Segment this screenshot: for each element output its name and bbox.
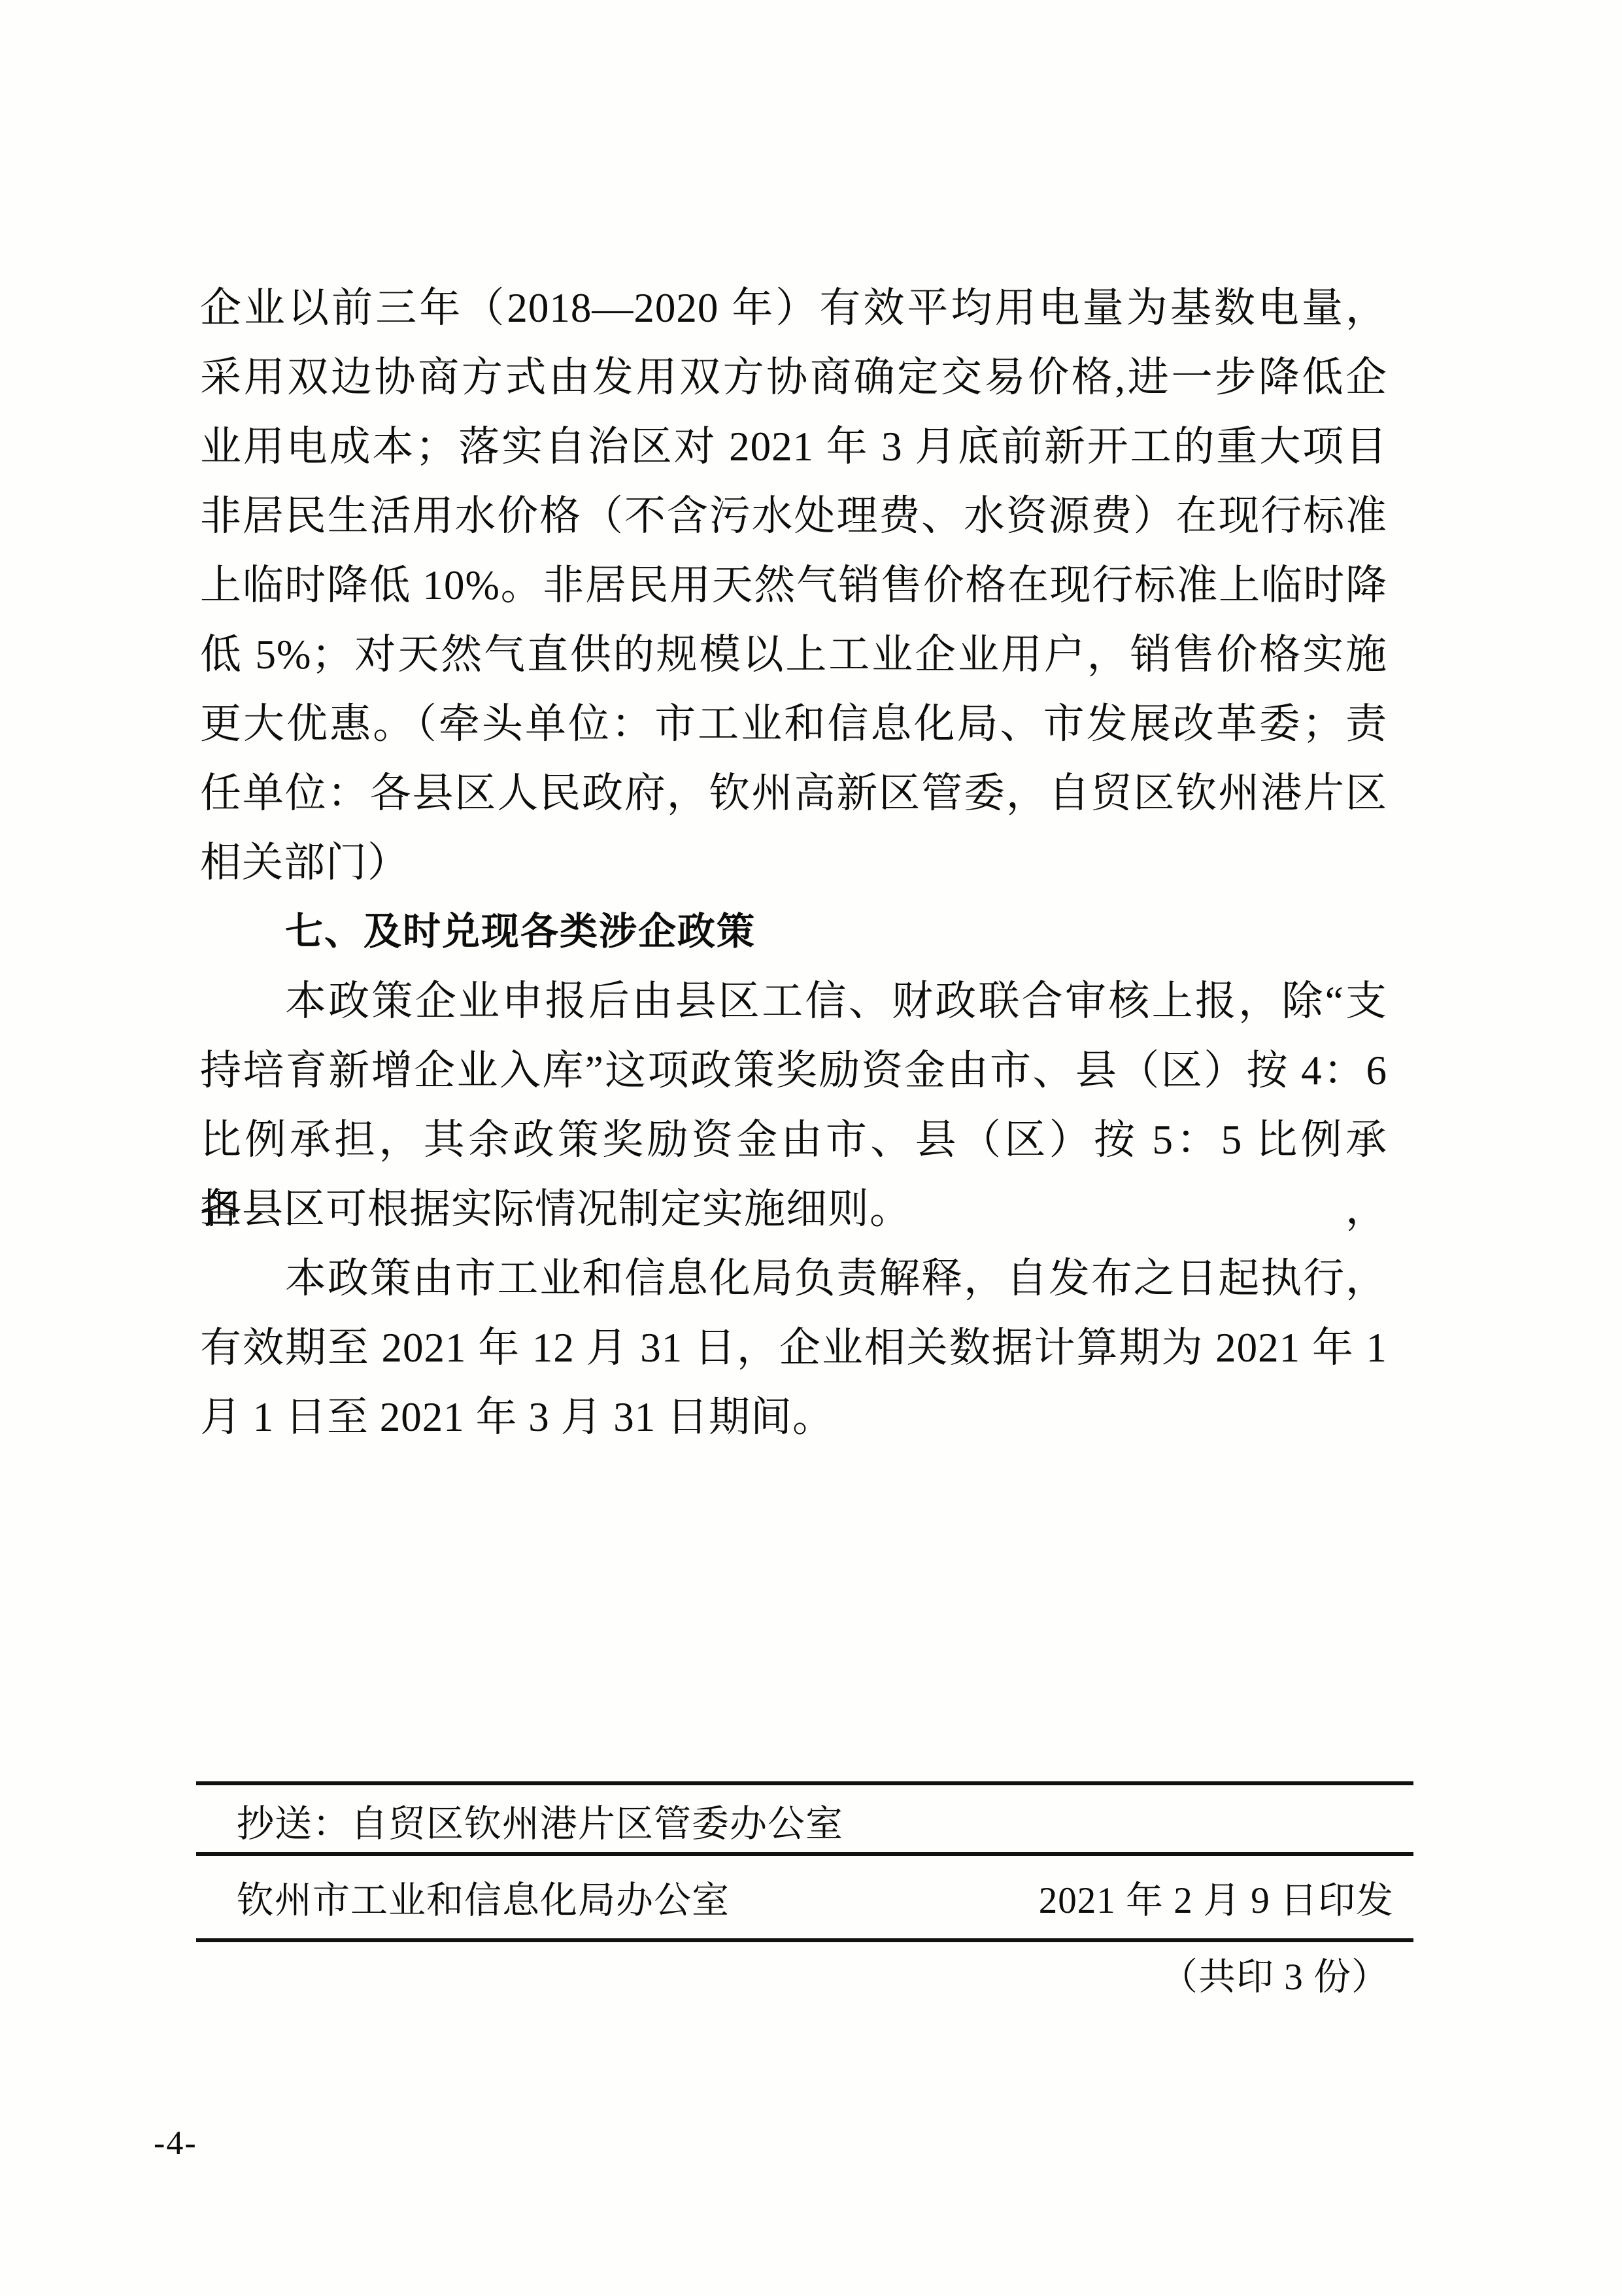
body-line: 持培育新增企业入库”这项政策奖励资金由市、县（区）按 4：6 (200, 1036, 1387, 1105)
footer-rule-top (196, 1781, 1413, 1785)
body-line: 非居民生活用水价格（不含污水处理费、水资源费）在现行标准 (200, 481, 1387, 551)
copies-note: （共印 3 份） (1160, 1947, 1389, 2000)
body-line: 月 1 日至 2021 年 3 月 31 日期间。 (200, 1382, 1387, 1452)
section-heading: 七、及时兑现各类涉企政策 (200, 897, 1387, 967)
body-line: 本政策由市工业和信息化局负责解释，自发布之日起执行， (200, 1244, 1387, 1313)
body-line: 相关部门） (200, 828, 1387, 897)
print-date: 2021 年 2 月 9 日印发 (1039, 1870, 1394, 1924)
issue-row: 钦州市工业和信息化局办公室 2021 年 2 月 9 日印发 (196, 1856, 1413, 1938)
cc-line: 抄送：自贸区钦州港片区管委办公室 (237, 1794, 843, 1847)
body-line: 更大优惠。（牵头单位：市工业和信息化局、市发展改革委；责 (200, 689, 1387, 759)
body-text: 企业以前三年（2018—2020 年）有效平均用电量为基数电量，采用双边协商方式… (200, 273, 1387, 1452)
body-line: 业用电成本；落实自治区对 2021 年 3 月底前新开工的重大项目 (200, 412, 1387, 481)
body-line: 有效期至 2021 年 12 月 31 日，企业相关数据计算期为 2021 年 … (200, 1313, 1387, 1382)
page-number: -4- (154, 2124, 197, 2163)
body-line: 任单位：各县区人民政府，钦州高新区管委，自贸区钦州港片区 (200, 759, 1387, 828)
body-line: 比例承担，其余政策奖励资金由市、县（区）按 5：5 比例承担， (200, 1105, 1387, 1174)
body-line: 低 5%；对天然气直供的规模以上工业企业用户，销售价格实施 (200, 620, 1387, 689)
copies-row: （共印 3 份） (196, 1942, 1413, 2005)
body-line: 本政策企业申报后由县区工信、财政联合审核上报，除“支 (200, 967, 1387, 1036)
cc-row: 抄送：自贸区钦州港片区管委办公室 (196, 1789, 1413, 1852)
issuing-office: 钦州市工业和信息化局办公室 (237, 1870, 730, 1924)
document-page: 企业以前三年（2018—2020 年）有效平均用电量为基数电量，采用双边协商方式… (0, 0, 1622, 2296)
body-line: 企业以前三年（2018—2020 年）有效平均用电量为基数电量， (200, 273, 1387, 343)
body-line: 上临时降低 10%。非居民用天然气销售价格在现行标准上临时降 (200, 551, 1387, 620)
body-line: 采用双边协商方式由发用双方协商确定交易价格,进一步降低企 (200, 343, 1387, 412)
